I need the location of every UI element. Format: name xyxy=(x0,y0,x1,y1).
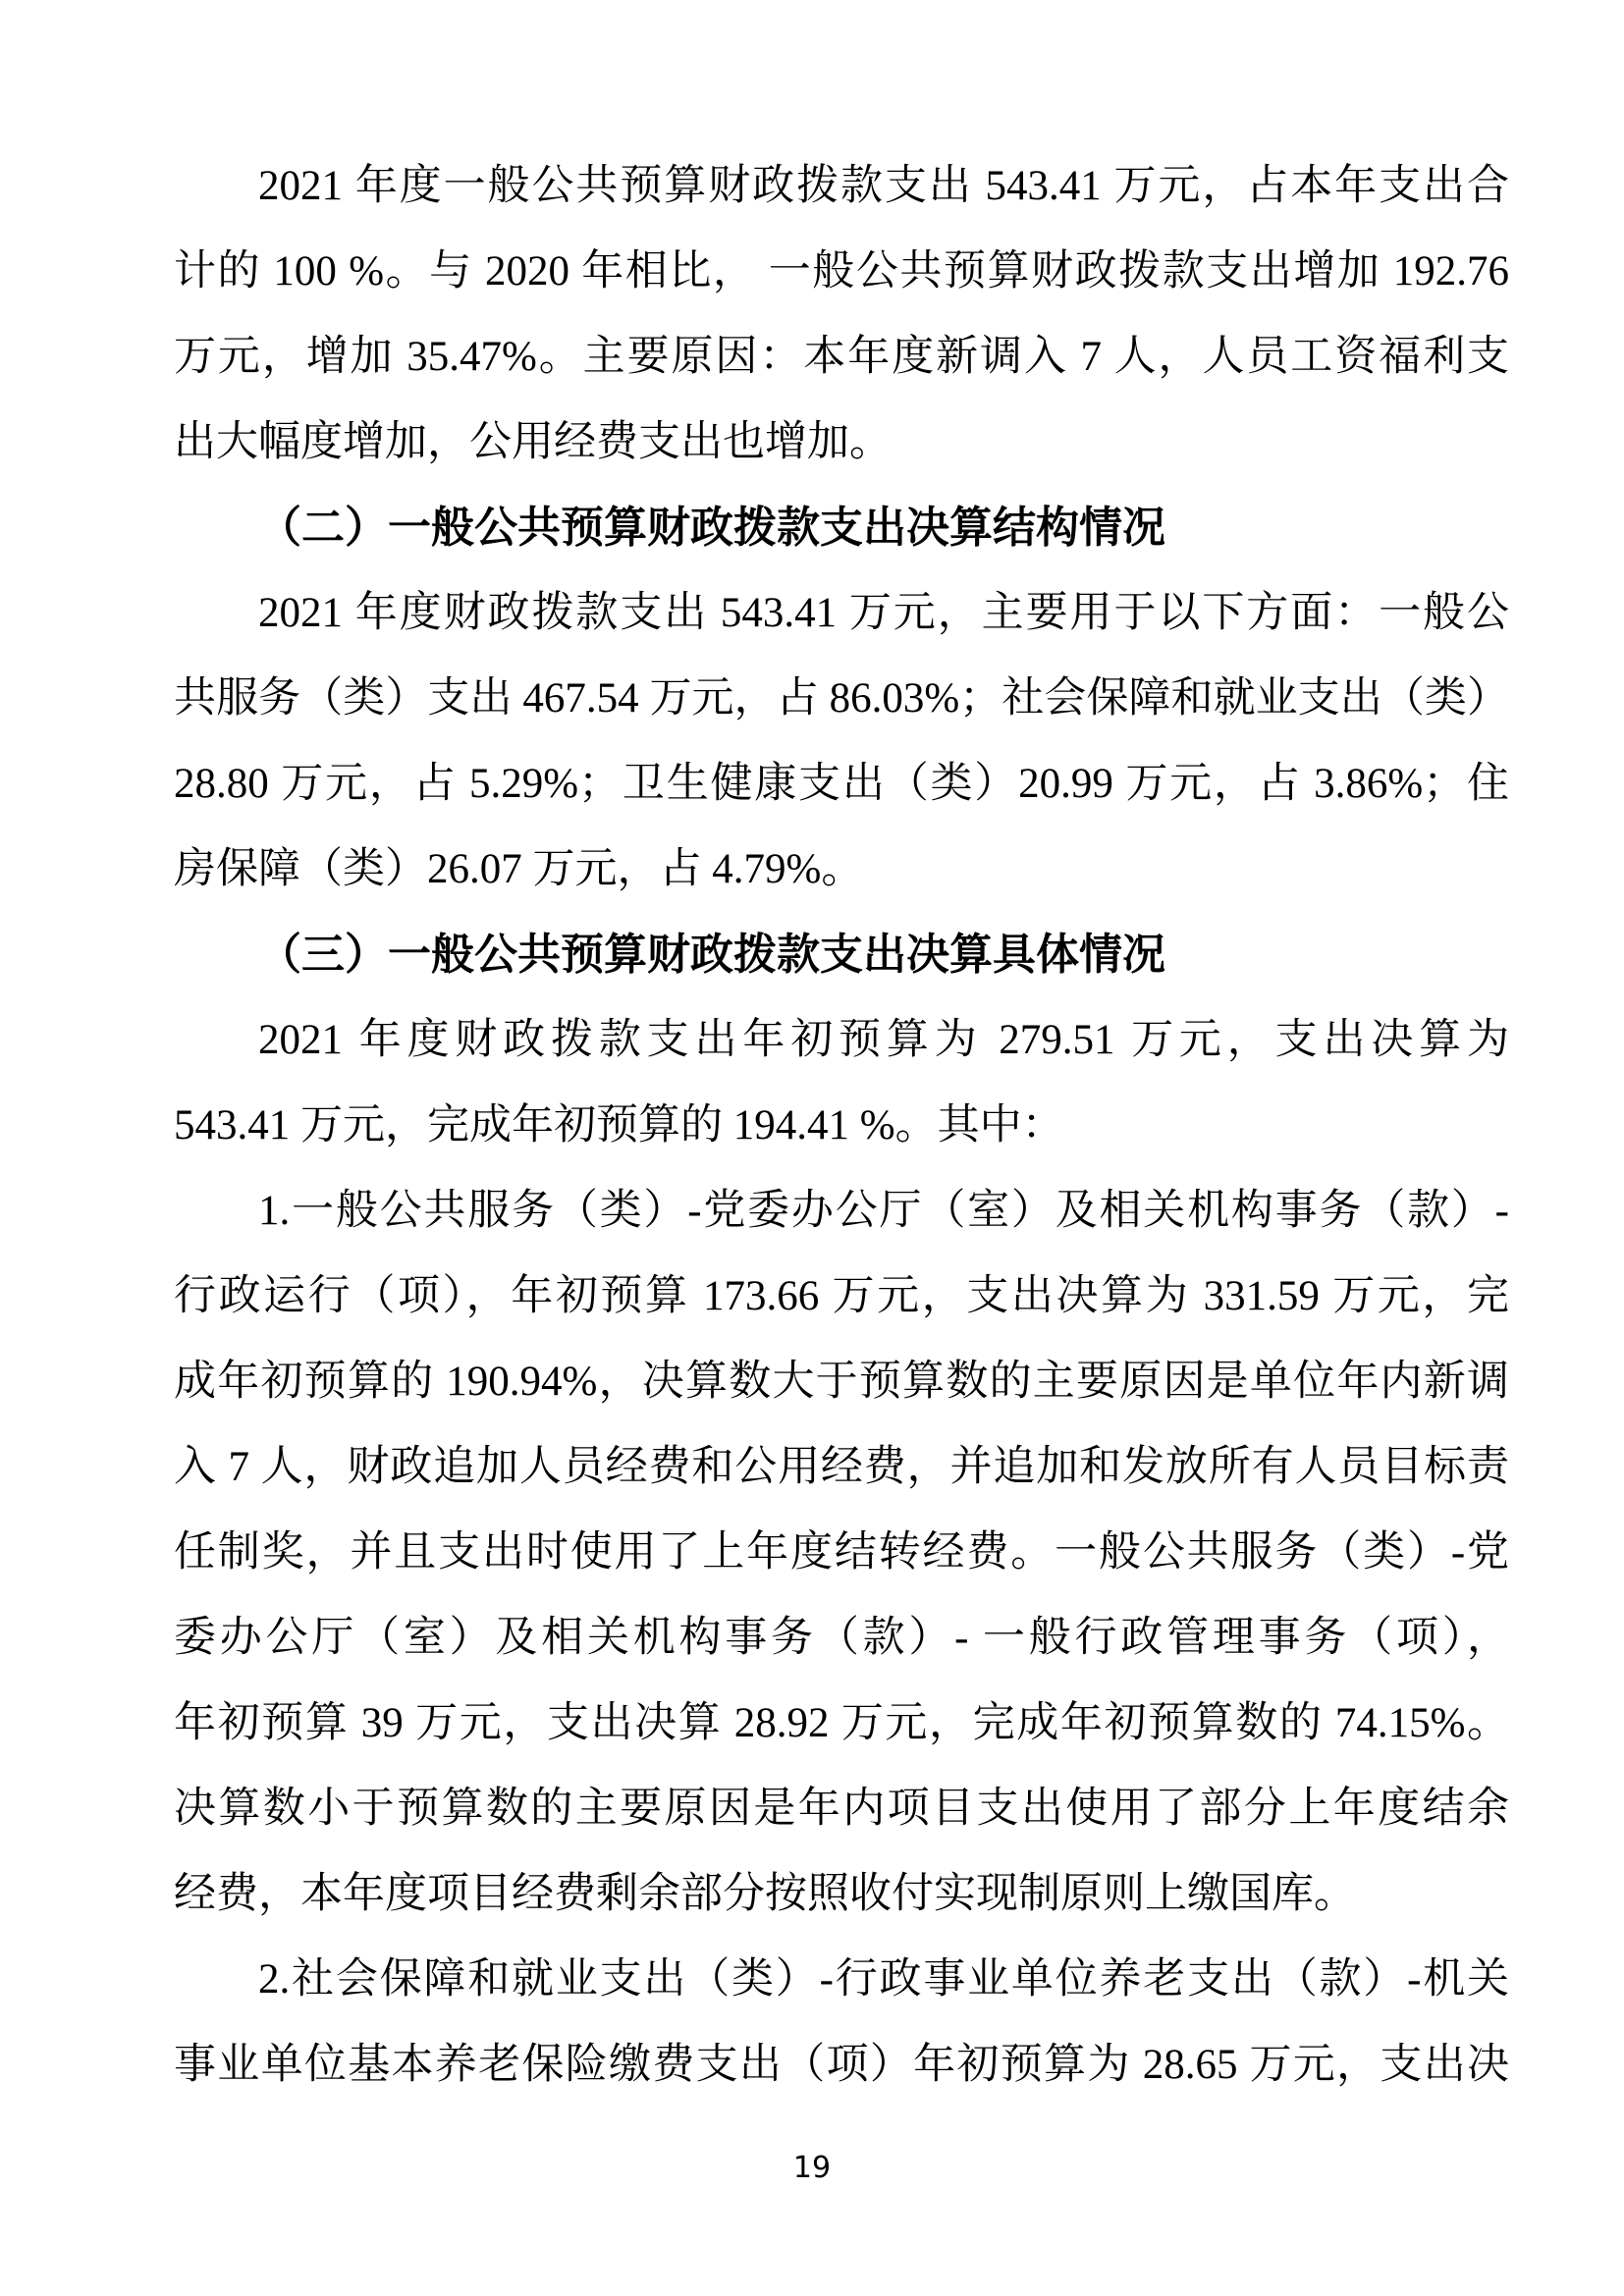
text-line: 年初预算 39 万元，支出决算 28.92 万元，完成年初预算数的 74.15%… xyxy=(174,1681,1509,1766)
text-line: 决算数小于预算数的主要原因是年内项目支出使用了部分上年度结余 xyxy=(174,1766,1509,1851)
text-line: 共服务（类）支出 467.54 万元，占 86.03%；社会保障和就业支出（类） xyxy=(174,656,1509,741)
text-line: 2021 年度一般公共预算财政拨款支出 543.41 万元，占本年支出合 xyxy=(174,143,1509,229)
text-line: 2021 年度财政拨款支出年初预算为 279.51 万元，支出决算为 xyxy=(174,997,1509,1083)
text-line: （三）一般公共预算财政拨款支出决算具体情况 xyxy=(174,912,1509,997)
text-line: 计的 100 %。与 2020 年相比， 一般公共预算财政拨款支出增加 192.… xyxy=(174,229,1509,314)
text-line: 行政运行（项），年初预算 173.66 万元，支出决算为 331.59 万元，完 xyxy=(174,1254,1509,1339)
paragraph: 2021 年度财政拨款支出 543.41 万元，主要用于以下方面：一般公共服务（… xyxy=(174,570,1509,912)
section-heading: （二）一般公共预算财政拨款支出决算结构情况 xyxy=(174,485,1509,570)
paragraph: 2021 年度财政拨款支出年初预算为 279.51 万元，支出决算为543.41… xyxy=(174,997,1509,1168)
text-line: 28.80 万元，占 5.29%；卫生健康支出（类）20.99 万元，占 3.8… xyxy=(174,741,1509,827)
text-line: 1.一般公共服务（类）-党委办公厅（室）及相关机构事务（款）- xyxy=(174,1168,1509,1254)
page-number: 19 xyxy=(0,2152,1624,2185)
text-line: 2.社会保障和就业支出（类）-行政事业单位养老支出（款）-机关 xyxy=(174,1937,1509,2022)
paragraph: 2.社会保障和就业支出（类）-行政事业单位养老支出（款）-机关事业单位基本养老保… xyxy=(174,1937,1509,2108)
text-line: 委办公厅（室）及相关机构事务（款）- 一般行政管理事务（项）， xyxy=(174,1595,1509,1681)
section-heading: （三）一般公共预算财政拨款支出决算具体情况 xyxy=(174,912,1509,997)
text-line: 543.41 万元，完成年初预算的 194.41 %。其中： xyxy=(174,1083,1509,1168)
document-page: 2021 年度一般公共预算财政拨款支出 543.41 万元，占本年支出合计的 1… xyxy=(0,0,1624,2296)
text-line: 万元，增加 35.47%。主要原因：本年度新调入 7 人，人员工资福利支 xyxy=(174,314,1509,400)
text-line: 出大幅度增加，公用经费支出也增加。 xyxy=(174,400,1509,485)
text-line: 经费，本年度项目经费剩余部分按照收付实现制原则上缴国库。 xyxy=(174,1851,1509,1937)
text-line: 房保障（类）26.07 万元，占 4.79%。 xyxy=(174,827,1509,912)
text-line: 成年初预算的 190.94%，决算数大于预算数的主要原因是单位年内新调 xyxy=(174,1339,1509,1424)
document-body: 2021 年度一般公共预算财政拨款支出 543.41 万元，占本年支出合计的 1… xyxy=(174,143,1509,2108)
text-line: 2021 年度财政拨款支出 543.41 万元，主要用于以下方面：一般公 xyxy=(174,570,1509,656)
text-line: 任制奖，并且支出时使用了上年度结转经费。一般公共服务（类）-党 xyxy=(174,1510,1509,1595)
text-line: 入 7 人，财政追加人员经费和公用经费，并追加和发放所有人员目标责 xyxy=(174,1424,1509,1510)
paragraph: 1.一般公共服务（类）-党委办公厅（室）及相关机构事务（款）-行政运行（项），年… xyxy=(174,1168,1509,1937)
paragraph: 2021 年度一般公共预算财政拨款支出 543.41 万元，占本年支出合计的 1… xyxy=(174,143,1509,485)
text-line: （二）一般公共预算财政拨款支出决算结构情况 xyxy=(174,485,1509,570)
text-line: 事业单位基本养老保险缴费支出（项）年初预算为 28.65 万元，支出决 xyxy=(174,2022,1509,2108)
